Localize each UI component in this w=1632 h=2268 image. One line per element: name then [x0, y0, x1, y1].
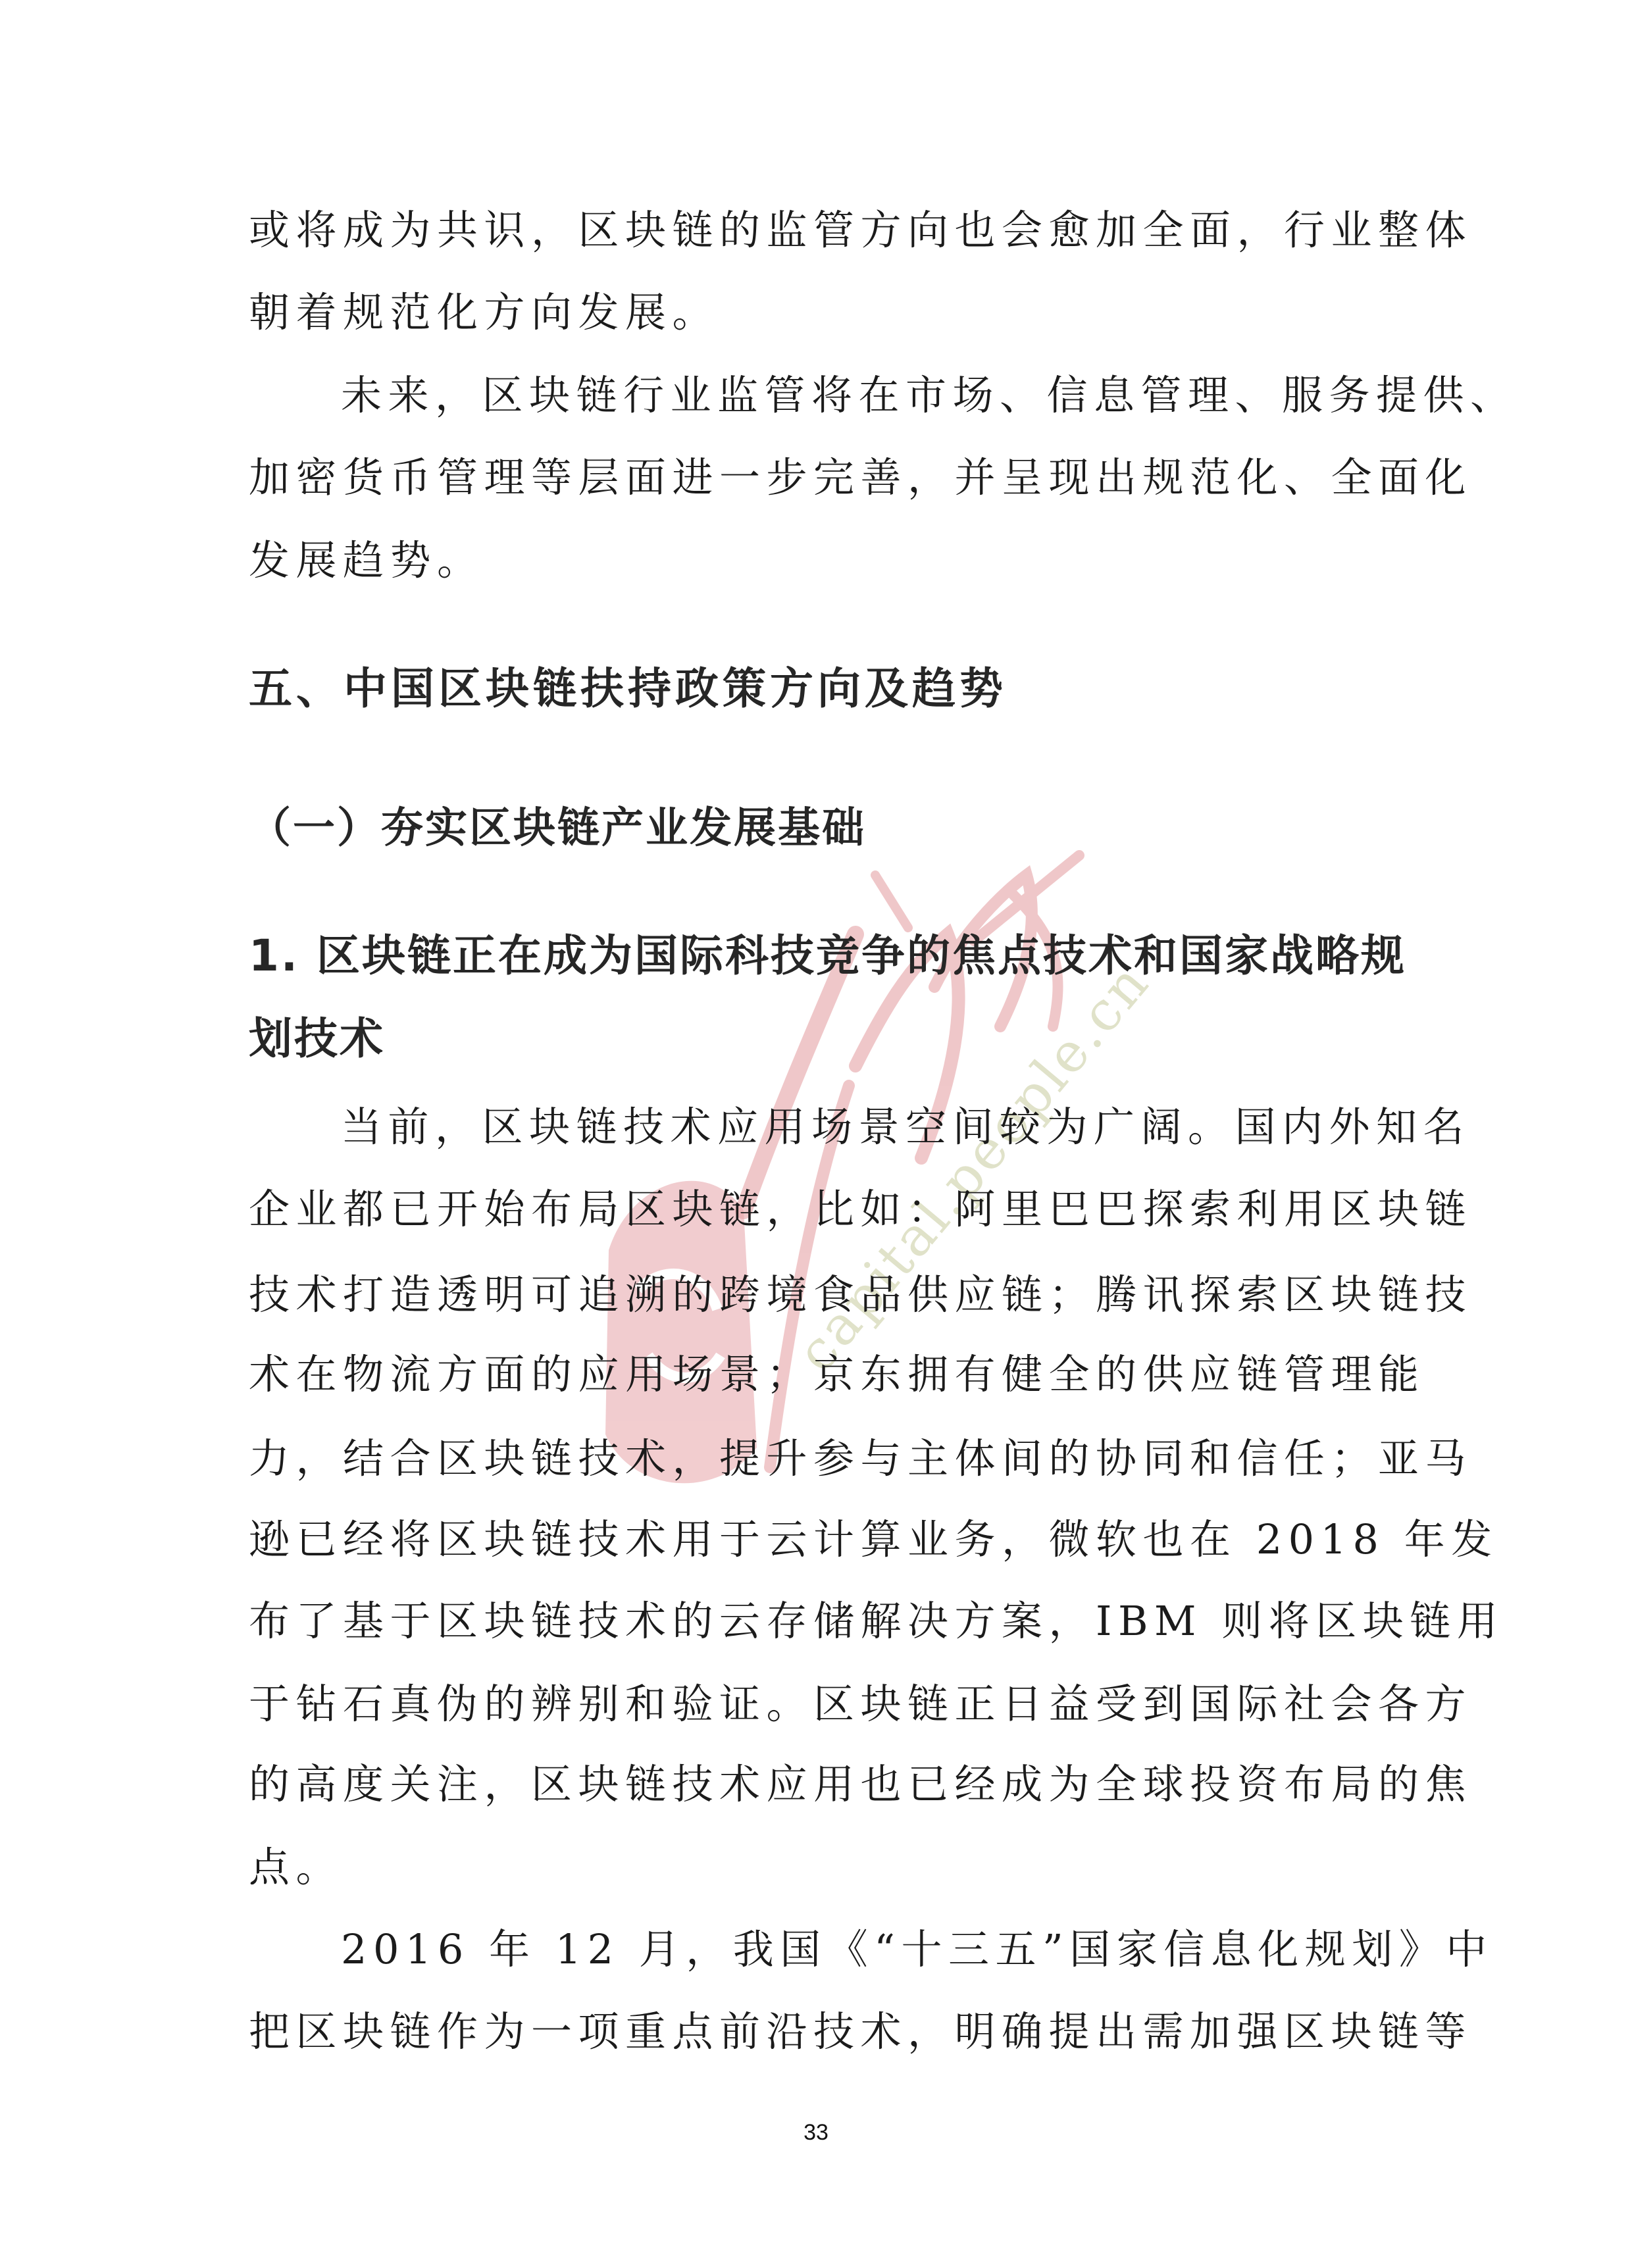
body-paragraph-line: 加密货币管理等层面进一步完善，并呈现出规范化、全面化	[249, 436, 1383, 518]
subsection-heading: （一）夯实区块链产业发展基础	[249, 788, 1383, 870]
body-paragraph-line: 点。	[249, 1826, 1383, 1908]
body-paragraph-line: 朝着规范化方向发展。	[249, 271, 1383, 353]
sub-subsection-heading: 划技术	[249, 997, 1383, 1080]
section-heading: 五、中国区块链扶持政策方向及趋势	[249, 647, 1383, 730]
body-paragraph-line: 的高度关注，区块链技术应用也已经成为全球投资布局的焦	[249, 1743, 1383, 1825]
body-paragraph-line: 布了基于区块链技术的云存储解决方案，IBM 则将区块链用	[249, 1580, 1383, 1662]
body-paragraph-line: 2016 年 12 月，我国《“十三五”国家信息化规划》中	[249, 1908, 1383, 1990]
body-paragraph-line: 把区块链作为一项重点前沿技术，明确提出需加强区块链等	[249, 1990, 1383, 2073]
body-paragraph-line: 未来，区块链行业监管将在市场、信息管理、服务提供、	[249, 354, 1383, 436]
body-paragraph-line: 逊已经将区块链技术用于云计算业务，微软也在 2018 年发	[249, 1498, 1383, 1580]
document-page: capital.people.cn 或将成为共识，区块链的监管方向也会愈加全面，…	[0, 0, 1632, 2268]
body-paragraph-line: 力，结合区块链技术，提升参与主体间的协同和信任；亚马	[249, 1417, 1383, 1499]
page-number: 33	[796, 2120, 836, 2146]
sub-subsection-heading: 1. 区块链正在成为国际科技竞争的焦点技术和国家战略规	[249, 915, 1383, 997]
body-paragraph-line: 发展趋势。	[249, 519, 1383, 601]
body-paragraph-line: 当前，区块链技术应用场景空间较为广阔。国内外知名	[249, 1086, 1383, 1168]
body-paragraph-line: 或将成为共识，区块链的监管方向也会愈加全面，行业整体	[249, 189, 1383, 271]
body-paragraph-line: 企业都已开始布局区块链，比如：阿里巴巴探索利用区块链	[249, 1168, 1383, 1250]
body-paragraph-line: 技术打造透明可追溯的跨境食品供应链；腾讯探索区块链技	[249, 1253, 1383, 1336]
body-paragraph-line: 术在物流方面的应用场景；京东拥有健全的供应链管理能	[249, 1333, 1383, 1415]
body-paragraph-line: 于钻石真伪的辨别和验证。区块链正日益受到国际社会各方	[249, 1663, 1383, 1745]
